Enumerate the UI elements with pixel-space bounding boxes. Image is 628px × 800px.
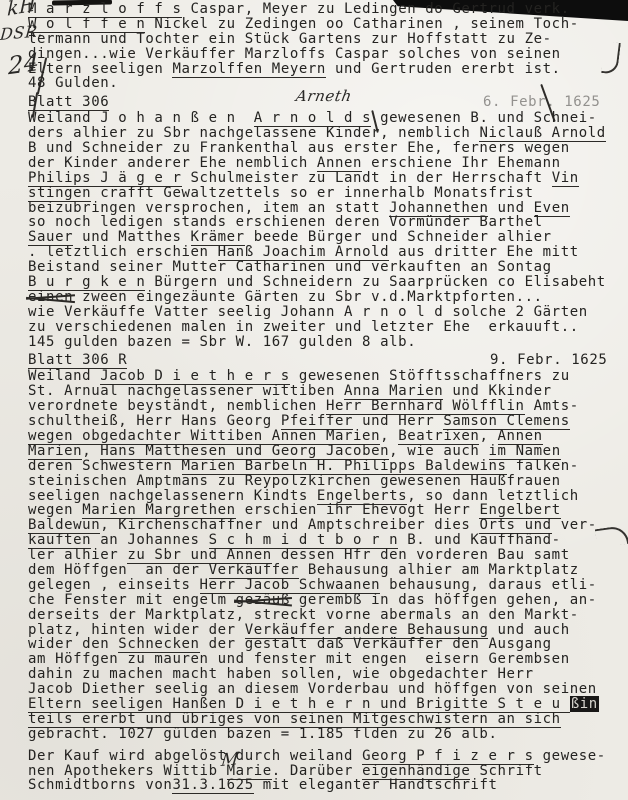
text-segment: gelegen , einseits xyxy=(28,577,200,593)
text-segment: gewese- xyxy=(534,748,606,764)
text-segment: nen Apothekers Wittib xyxy=(28,763,227,779)
text-line: Marien, Hans Matthesen und Georg Jacoben… xyxy=(28,444,624,459)
text-segment: verordnete beyständt, nemblichen xyxy=(28,398,326,414)
text-line: wegen obgedachter Wittiben Annen Marien,… xyxy=(28,429,624,444)
text-line: Weiland Jacob D i e t h e r s gewesenen … xyxy=(28,369,624,384)
text-segment: am Höffgen zu mauren und fenster mit eng… xyxy=(28,651,570,667)
text-segment: steinischen Amptmans zu Reypolzkirchen g… xyxy=(28,473,561,489)
date-label: 9. Febr. 1625 xyxy=(490,353,607,368)
paragraph: Der Kauf wird abgelöst durch weiland Geo… xyxy=(28,749,624,794)
text-segment: gewesenen Stöfftsschaffners zu xyxy=(290,368,570,384)
text-segment: wie Verkäuffe Vatter seelig Johann A r n… xyxy=(28,304,588,320)
text-segment: und auch xyxy=(488,622,569,638)
text-segment: platz, hinten wider der xyxy=(28,622,245,638)
text-segment: gewesenen B. und Schnei- xyxy=(371,110,597,126)
text-segment: zu verschiedenen malen in zweiter und le… xyxy=(28,319,579,335)
text-segment: dessen Hfr den vorderen Bau samt xyxy=(272,547,570,563)
text-segment: Caspar, Meyer zu Ledingen do Gertrud ver… xyxy=(182,1,570,17)
scanned-document-page: kH DSR. 24 M M a r z l o f f s Caspar, M… xyxy=(0,0,628,800)
text-segment: ders alhier zu Sbr nachgelassene Kinder,… xyxy=(28,125,479,141)
text-segment: 48 Gulden. xyxy=(28,75,118,91)
text-line: derseits der Marktplatz, streckt vorne a… xyxy=(28,608,624,623)
text-segment: der Kinder anderer Ehe nemblich xyxy=(28,155,317,171)
text-line: stingen crafft Gewaltzettels so er inner… xyxy=(28,186,624,201)
paragraph: Weiland J o h a n ß e n A r n o l d s ge… xyxy=(28,111,624,349)
struck-out-text: einen xyxy=(28,290,73,305)
text-segment: , so dann letztlich xyxy=(407,488,579,504)
text-segment: che Fenster mit engelm xyxy=(28,592,236,608)
text-segment: ver- xyxy=(552,517,597,533)
text-segment: an Johannes xyxy=(91,532,208,548)
text-segment: , xyxy=(82,443,100,459)
text-segment: , xyxy=(479,428,497,444)
text-line: Weiland J o h a n ß e n A r n o l d s ge… xyxy=(28,111,624,126)
text-segment: aus dritter Ehe mitt xyxy=(389,244,579,260)
text-segment: Behausung alhier am Marktplatz xyxy=(299,562,579,578)
text-segment: der gestalt daß Verkäuffer den Ausgang xyxy=(200,636,552,652)
text-segment: zween eingezäunte Gärten zu Sbr v.d.Mark… xyxy=(73,289,543,305)
underlined-text: Vin xyxy=(552,170,579,187)
text-line: Beistand seiner Mutter Catharinen und ve… xyxy=(28,260,624,275)
text-segment: B und Schneider zu Frankenthal aus erste… xyxy=(28,140,570,156)
text-line: Eltern seeligen Marzolffen Meyern und Ge… xyxy=(28,62,624,77)
text-segment: seeligen nachgelassenern Kindts xyxy=(28,488,317,504)
text-line: Jacob Diether seelig an diesem Vorderbau… xyxy=(28,682,624,697)
text-line: gelegen , einseits Herr Jacob Schwaanen … xyxy=(28,578,624,593)
text-line: platz, hinten wider der Verkäuffer ander… xyxy=(28,623,624,638)
text-segment: Weiland J o h a n ß e n xyxy=(28,110,254,126)
text-line: Eltern seeligen Hanßen D i e t h e r n u… xyxy=(28,697,624,712)
text-line: gebracht. 1027 gülden bazen = 1.185 flde… xyxy=(28,727,624,742)
text-line: am Höffgen zu mauren und fenster mit eng… xyxy=(28,652,624,667)
handwritten-name: Arneth xyxy=(295,89,353,104)
date-label: 6. Febr. 1625 xyxy=(483,95,600,110)
text-line: seeligen nachgelassenern Kindts Engelber… xyxy=(28,489,624,504)
blatt-header: Blatt 306 R9. Febr. 1625 xyxy=(28,353,624,368)
text-segment: mit eleganter Handtschrift xyxy=(254,777,498,793)
text-line: zu verschiedenen malen in zweiter und le… xyxy=(28,320,624,335)
text-line: so noch ledigen stands erschienen deren … xyxy=(28,215,624,230)
text-line: Baldewun, Kirchenschaffner und Amptschre… xyxy=(28,518,624,533)
text-segment: dingen...wie Verkäuffer Marzloffs Caspar… xyxy=(28,46,561,62)
text-line: dingen...wie Verkäuffer Marzloffs Caspar… xyxy=(28,47,624,62)
text-segment: beede Bürger und Schneider alhier xyxy=(245,229,552,245)
highlighted-text: ßin xyxy=(570,696,599,712)
text-segment: Bürgern und Schneidern zu Saarprücken co… xyxy=(145,274,605,290)
text-line: dahin zu machen macht haben sollen, wie … xyxy=(28,667,624,682)
struck-out-text: gezäuß xyxy=(236,593,290,608)
text-segment: beizubringen versprochen, item an statt xyxy=(28,200,389,216)
text-line: Der Kauf wird abgelöst durch weiland Geo… xyxy=(28,749,624,764)
text-segment: derseits der Marktplatz, streckt vorne a… xyxy=(28,607,579,623)
text-segment: Der Kauf wird abgelöst durch weiland xyxy=(28,748,362,764)
text-segment: Jacob Diether seelig an diesem Vorderbau… xyxy=(28,681,597,697)
text-line: Schmidtborns von31.3.1625 mit eleganter … xyxy=(28,778,624,793)
text-segment: dahin zu machen macht haben sollen, wie … xyxy=(28,666,534,682)
text-segment: . Darüber xyxy=(272,763,362,779)
text-segment: Weiland xyxy=(28,368,100,384)
text-segment: Beistand seiner Mutter Catharinen und ve… xyxy=(28,259,552,275)
text-line: ler alhier zu Sbr und Annen dessen Hfr d… xyxy=(28,548,624,563)
paragraph: Weiland Jacob D i e t h e r s gewesenen … xyxy=(28,369,624,741)
text-line: schultheiß, Herr Hans Georg Pfeiffer und… xyxy=(28,414,624,429)
text-segment: Schrift xyxy=(470,763,542,779)
text-line: dem Höffgen an der Verkäuffer Behausung … xyxy=(28,563,624,578)
text-segment: Nickel zu Zedingen oo Catharinen , seine… xyxy=(145,16,578,32)
text-segment: . letztlich erschien xyxy=(28,244,218,260)
text-line: che Fenster mit engelm gezäuß gerembß in… xyxy=(28,593,624,608)
text-segment: dem Höffgen an der xyxy=(28,562,209,578)
text-line: der Kinder anderer Ehe nemblich Annen er… xyxy=(28,156,624,171)
text-segment: , wie auch xyxy=(389,443,488,459)
blatt-header: Blatt 306Arneth6. Febr. 1625 xyxy=(28,95,624,110)
text-segment: deren Schwestern xyxy=(28,458,182,474)
text-line: 145 gulden bazen = Sbr W. 167 gulden 8 a… xyxy=(28,335,624,350)
text-line: steinischen Amptmans zu Reypolzkirchen g… xyxy=(28,474,624,489)
text-segment: B. und Kauffhänd- xyxy=(398,532,561,548)
text-segment: ler alhier xyxy=(28,547,127,563)
text-line: M a r z l o f f s Caspar, Meyer zu Ledin… xyxy=(28,2,624,17)
text-line: verordnete beyständt, nemblichen Herr Be… xyxy=(28,399,624,414)
text-line: Sauer und Matthes Krämer beede Bürger un… xyxy=(28,230,624,245)
text-segment: falken- xyxy=(507,458,579,474)
text-segment: wider den xyxy=(28,636,118,652)
text-segment: und Matthes xyxy=(73,229,190,245)
text-segment: gebracht. 1027 gülden bazen = 1.185 flde… xyxy=(28,726,498,742)
text-line: wie Verkäuffe Vatter seelig Johann A r n… xyxy=(28,305,624,320)
text-segment: so noch ledigen stands erschienen deren … xyxy=(28,214,543,230)
text-line: beizubringen versprochen, item an statt … xyxy=(28,201,624,216)
text-segment: termann und Tochter ein Stück Gartens zu… xyxy=(28,31,552,47)
text-line: W o l f f e n Nickel zu Zedingen oo Cath… xyxy=(28,17,624,32)
text-segment: und Gertruden ererbt ist. xyxy=(326,61,561,77)
text-segment: , xyxy=(380,428,398,444)
text-line: ders alhier zu Sbr nachgelassene Kinder,… xyxy=(28,126,624,141)
text-segment: Eltern seeligen xyxy=(28,61,172,77)
text-line: B und Schneider zu Frankenthal aus erste… xyxy=(28,141,624,156)
text-segment: erschien ihr Ehevogt Herr xyxy=(236,502,480,518)
blatt-label: Blatt 306 xyxy=(28,94,109,111)
text-segment: Schulmeister zu Landt in der Herrschaft xyxy=(182,170,552,186)
text-segment: erschiene Ihr Ehemann xyxy=(362,155,561,171)
underlined-text: Marzolffen Meyern xyxy=(172,61,326,78)
underlined-text: 31.3.1625 xyxy=(172,777,253,794)
text-line: B u r g k e n Bürgern und Schneidern zu … xyxy=(28,275,624,290)
paragraph: M a r z l o f f s Caspar, Meyer zu Ledin… xyxy=(28,2,624,91)
text-segment: und Herr xyxy=(353,413,443,429)
text-line: wider den Schnecken der gestalt daß Verk… xyxy=(28,637,624,652)
text-segment: und xyxy=(488,200,533,216)
text-segment: , Kirchenschaffner und Amptschreiber die… xyxy=(100,517,479,533)
text-line: termann und Tochter ein Stück Gartens zu… xyxy=(28,32,624,47)
text-line: kauften an Johannes S c h m i d t b o r … xyxy=(28,533,624,548)
document-text: M a r z l o f f s Caspar, Meyer zu Ledin… xyxy=(28,2,624,797)
text-segment: und Kkinder xyxy=(443,383,551,399)
text-segment: gerembß in das höffgen gehen, an- xyxy=(290,592,597,608)
text-line: nen Apothekers Wittib Marie. Darüber eig… xyxy=(28,764,624,779)
text-segment: crafft Gewaltzettels so er innerhalb Mon… xyxy=(91,185,533,201)
text-line: Philips J ä g e r Schulmeister zu Landt … xyxy=(28,171,624,186)
text-line: einen zween eingezäunte Gärten zu Sbr v.… xyxy=(28,290,624,305)
text-segment: 145 gulden bazen = Sbr W. 167 gulden 8 a… xyxy=(28,334,416,350)
text-line: deren Schwestern Marien Barbeln H. Phili… xyxy=(28,459,624,474)
text-line: . letztlich erschien Hanß Joachim Arnold… xyxy=(28,245,624,260)
text-line: teils ererbt und übriges von seinen Mitg… xyxy=(28,712,624,727)
text-segment: St. Arnual nachgelassener wittiben xyxy=(28,383,344,399)
text-segment: schultheiß, Herr Hans Georg xyxy=(28,413,281,429)
text-line: St. Arnual nachgelassener wittiben Anna … xyxy=(28,384,624,399)
text-segment: Amts- xyxy=(525,398,579,414)
text-segment: Schmidtborns von xyxy=(28,777,172,793)
text-segment: behausung, daraus etli- xyxy=(380,577,597,593)
text-line: wegen Marien Margrethen erschien ihr Ehe… xyxy=(28,503,624,518)
text-segment: wegen xyxy=(28,502,82,518)
blatt-label: Blatt 306 R xyxy=(28,352,127,369)
